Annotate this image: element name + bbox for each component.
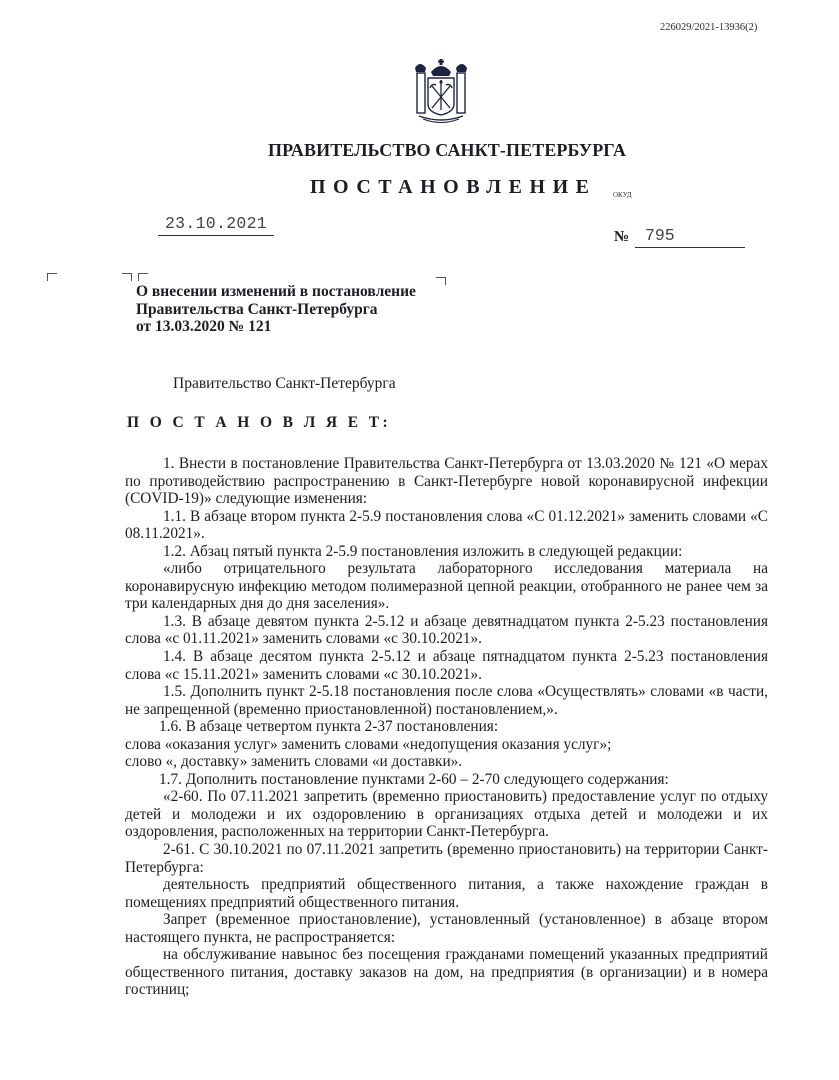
paragraph: 1.7. Дополнить постановление пунктами 2-… <box>125 771 768 789</box>
document-type: ПОСТАНОВЛЕНИЕ <box>310 176 596 199</box>
decree-word: П О С Т А Н О В Л Я Е Т: <box>127 414 391 432</box>
document-date: 23.10.2021 <box>158 214 274 236</box>
paragraph: слово «, доставку» заменить словами «и д… <box>125 753 768 771</box>
subject-line: Правительства Санкт-Петербурга <box>136 301 416 319</box>
issuer: Правительство Санкт-Петербурга <box>173 375 396 393</box>
paragraph: 1.3. В абзаце девятом пункта 2-5.12 и аб… <box>125 613 768 648</box>
margin-corner-mark <box>47 273 57 281</box>
paragraph: 1.4. В абзаце десятом пункта 2-5.12 и аб… <box>125 648 768 683</box>
subject-line: О внесении изменений в постановление <box>136 283 416 301</box>
subject-corner-mark <box>436 277 446 285</box>
paragraph: 1.2. Абзац пятый пункта 2-5.9 постановле… <box>125 543 768 561</box>
margin-corner-mark <box>122 273 132 281</box>
paragraph: слова «оказания услуг» заменить словами … <box>125 736 768 754</box>
paragraph: деятельность предприятий общественного п… <box>125 876 768 911</box>
paragraph: 2-61. С 30.10.2021 по 07.11.2021 запрети… <box>125 841 768 876</box>
paragraph: 1.5. Дополнить пункт 2-5.18 постановлени… <box>125 683 768 718</box>
paragraph: «2-60. По 07.11.2021 запретить (временно… <box>125 788 768 841</box>
document-number: 795 <box>635 226 745 248</box>
okud-label: ОКУД <box>613 191 632 199</box>
number-label: № <box>614 229 629 246</box>
paragraph: «либо отрицательного результата лаборато… <box>125 560 768 613</box>
paragraph: 1. Внести в постановление Правительства … <box>125 455 768 508</box>
paragraph: Запрет (временное приостановление), уста… <box>125 911 768 946</box>
document-subject: О внесении изменений в постановление Пра… <box>136 283 416 336</box>
registration-number: 226029/2021-13936(2) <box>660 22 757 33</box>
subject-line: от 13.03.2020 № 121 <box>136 318 416 336</box>
government-title: ПРАВИТЕЛЬСТВО САНКТ-ПЕТЕРБУРГА <box>0 140 839 161</box>
coat-of-arms-icon <box>413 58 469 126</box>
paragraph: на обслуживание навынос без посещения гр… <box>125 946 768 999</box>
paragraph: 1.6. В абзаце четвертом пункта 2-37 пост… <box>125 718 768 736</box>
paragraph: 1.1. В абзаце втором пункта 2-5.9 постан… <box>125 508 768 543</box>
subject-corner-mark <box>138 273 148 281</box>
document-body: 1. Внести в постановление Правительства … <box>125 455 768 999</box>
